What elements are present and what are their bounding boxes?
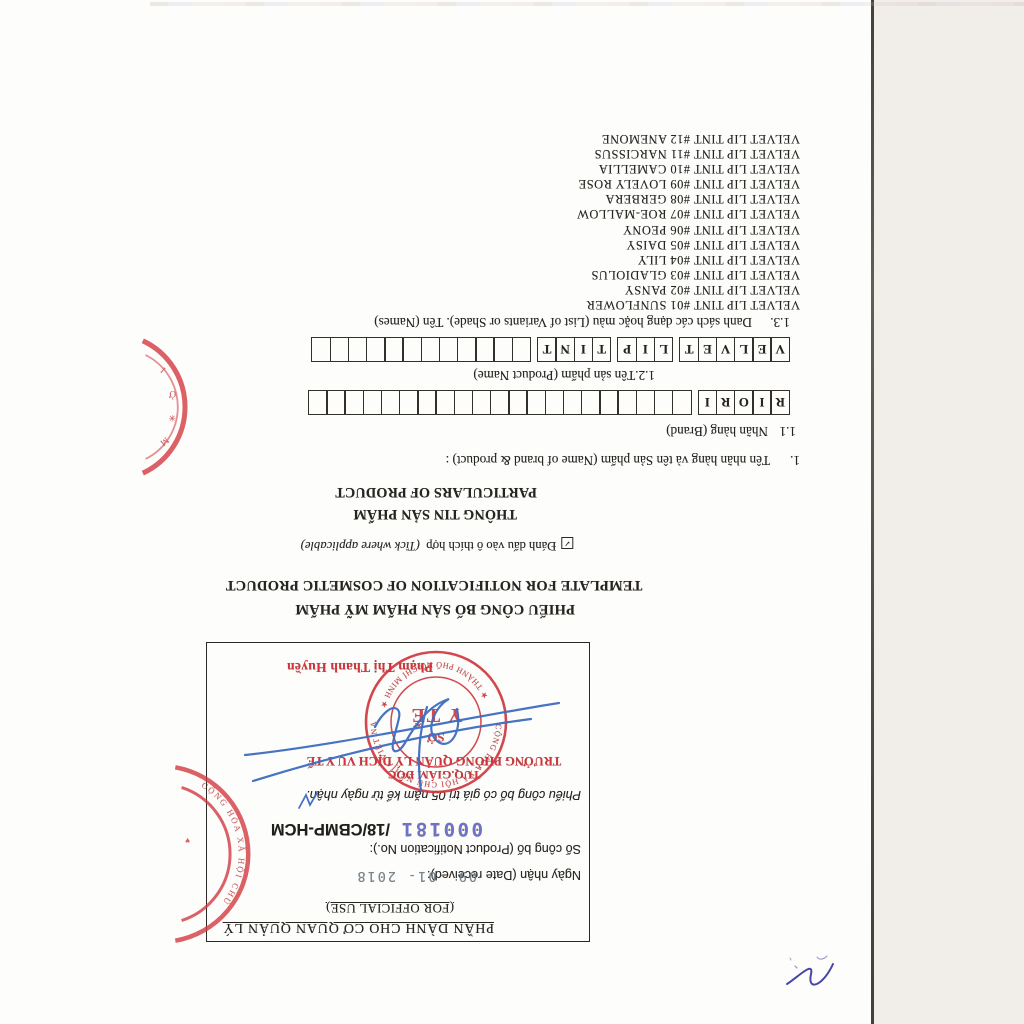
variant-line: VELVET LIP TINT #11 NARCISSUS bbox=[577, 146, 800, 161]
variant-line: VELVET LIP TINT #06 PEONY bbox=[577, 221, 800, 236]
grid-cell-empty bbox=[384, 337, 404, 362]
svg-text:Ở: Ở bbox=[169, 389, 176, 399]
grid-cell-empty bbox=[330, 337, 350, 362]
empty-cell-group bbox=[311, 337, 531, 362]
item-1-1-text: Nhãn hàng (Brand) bbox=[666, 424, 768, 439]
item-1-text: Tên nhãn hàng và tên Sản phẩm (Name of b… bbox=[446, 453, 770, 468]
grid-cell-empty bbox=[599, 390, 619, 415]
grid-cell-empty bbox=[545, 390, 565, 415]
item-1-3-text: Danh sách các dạng hoặc màu (List of Var… bbox=[374, 315, 752, 330]
grid-cell: I bbox=[752, 390, 772, 415]
form-title-vi: PHIẾU CÔNG BỐ SẢN PHẨM MỸ PHẨM bbox=[295, 600, 575, 617]
section-title-vi: THÔNG TIN SẢN PHẨM bbox=[353, 505, 517, 522]
grid-cell-empty bbox=[672, 390, 692, 415]
grid-cell: T bbox=[592, 337, 612, 362]
grid-cell-empty bbox=[421, 337, 441, 362]
variant-line: VELVET LIP TINT #09 LOVELY ROSE bbox=[577, 176, 800, 191]
grid-cell-empty bbox=[366, 337, 386, 362]
grid-cell: I bbox=[574, 337, 594, 362]
official-use-box: PHẦN DÀNH CHO CƠ QUAN QUẢN LÝ (FOR OFFIC… bbox=[206, 642, 590, 942]
item-1-1: 1.1Nhãn hàng (Brand) bbox=[666, 423, 796, 439]
variant-line: VELVET LIP TINT #12 ANEMONE bbox=[577, 131, 800, 146]
item-1-1-number: 1.1 bbox=[768, 423, 796, 439]
variant-line: VELVET LIP TINT #05 DAISY bbox=[577, 237, 800, 252]
letter-cell-group: VELVET bbox=[679, 337, 790, 362]
checked-checkbox-icon: ✓ bbox=[561, 537, 573, 549]
grid-cell-empty bbox=[512, 337, 532, 362]
letter-cell-group: LIP bbox=[617, 337, 673, 362]
grid-cell: L bbox=[734, 337, 754, 362]
variant-line: VELVET LIP TINT #10 CAMELLIA bbox=[577, 161, 800, 176]
signer-name: Phạm Thị Thanh Huyền bbox=[287, 659, 433, 675]
variant-line: VELVET LIP TINT #07 ROE-MALLOW bbox=[577, 206, 800, 221]
grid-cell: I bbox=[636, 337, 656, 362]
grid-cell: E bbox=[752, 337, 772, 362]
grid-cell-empty bbox=[457, 337, 477, 362]
grid-cell: R bbox=[770, 390, 790, 415]
grid-cell-empty bbox=[308, 390, 328, 415]
grid-cell-empty bbox=[435, 390, 455, 415]
tick-note-vi: Đánh dấu vào ô thích hợp bbox=[426, 539, 556, 553]
grid-cell-empty bbox=[490, 390, 510, 415]
grid-cell-empty bbox=[581, 390, 601, 415]
grid-cell: T bbox=[537, 337, 557, 362]
section-title-en: PARTICULARS OF PRODUCT bbox=[335, 483, 537, 500]
item-1-number: 1. bbox=[770, 452, 800, 468]
grid-cell-empty bbox=[344, 390, 364, 415]
item-1: 1.Tên nhãn hàng và tên Sản phẩm (Name of… bbox=[446, 452, 800, 468]
grid-cell-empty bbox=[311, 337, 331, 362]
signature bbox=[207, 643, 589, 941]
grid-cell-empty bbox=[348, 337, 368, 362]
variant-line: VELVET LIP TINT #01 SUNFLOWER bbox=[577, 297, 800, 312]
grid-cell: O bbox=[734, 390, 754, 415]
grid-cell-empty bbox=[381, 390, 401, 415]
grid-cell: V bbox=[716, 337, 736, 362]
grid-cell-empty bbox=[617, 390, 637, 415]
variant-line: VELVET LIP TINT #03 GLADIOLUS bbox=[577, 267, 800, 282]
grid-cell: T bbox=[679, 337, 699, 362]
variant-list: VELVET LIP TINT #01 SUNFLOWERVELVET LIP … bbox=[577, 131, 800, 312]
grid-cell: R bbox=[716, 390, 736, 415]
grid-cell-empty bbox=[493, 337, 513, 362]
grid-cell-empty bbox=[326, 390, 346, 415]
variant-line: VELVET LIP TINT #02 PANSY bbox=[577, 282, 800, 297]
heart-glyph-icon: ♥ bbox=[185, 836, 190, 845]
svg-text:✳: ✳ bbox=[168, 413, 176, 423]
grid-cell-empty bbox=[402, 337, 422, 362]
scan-edge-noise bbox=[150, 2, 1024, 6]
grid-cell: N bbox=[555, 337, 575, 362]
grid-cell-empty bbox=[363, 390, 383, 415]
variant-line: VELVET LIP TINT #08 GERBERA bbox=[577, 191, 800, 206]
item-1-3-number: 1.3. bbox=[752, 314, 790, 330]
grid-cell-empty bbox=[439, 337, 459, 362]
item-1-3: 1.3.Danh sách các dạng hoặc màu (List of… bbox=[374, 314, 790, 330]
variant-line: VELVET LIP TINT #04 LILY bbox=[577, 252, 800, 267]
grid-cell: E bbox=[698, 337, 718, 362]
scanner-background bbox=[874, 0, 1024, 1024]
letter-cell-group: TINT bbox=[537, 337, 611, 362]
grid-cell-empty bbox=[399, 390, 419, 415]
grid-cell-empty bbox=[475, 337, 495, 362]
grid-cell-empty bbox=[508, 390, 528, 415]
page-edge-scan-line bbox=[871, 0, 874, 1024]
grid-cell-empty bbox=[454, 390, 474, 415]
partial-stamp-middle: M ✳ Ở I bbox=[34, 319, 204, 489]
partial-stamp-top: CỘNG HÒA XÃ HỘI CHỦ ♥ bbox=[54, 754, 254, 954]
grid-cell-empty bbox=[563, 390, 583, 415]
grid-cell: I bbox=[698, 390, 718, 415]
brand-letter-grid: RIORI bbox=[308, 390, 790, 415]
pen-squiggle bbox=[777, 942, 841, 1006]
grid-cell-empty bbox=[472, 390, 492, 415]
form-title-en: TEMPLATE FOR NOTIFICATION OF COSMETIC PR… bbox=[226, 576, 643, 593]
grid-cell: V bbox=[770, 337, 790, 362]
item-1-2: 1.2.Tên sản phẩm (Product Name) bbox=[473, 367, 655, 383]
partial-stamp-glyphs: M ✳ Ở I bbox=[159, 366, 176, 449]
tick-note-en: (Tick where applicable) bbox=[301, 539, 420, 553]
product-name-letter-grid: VELVETLIPTINT bbox=[311, 337, 790, 362]
grid-cell-empty bbox=[654, 390, 674, 415]
grid-cell-empty bbox=[636, 390, 656, 415]
scanned-document-page: PHẦN DÀNH CHO CƠ QUAN QUẢN LÝ (FOR OFFIC… bbox=[0, 0, 1024, 1024]
grid-cell: L bbox=[654, 337, 674, 362]
grid-cell: P bbox=[617, 337, 637, 362]
grid-cell-empty bbox=[526, 390, 546, 415]
empty-cell-group bbox=[308, 390, 692, 415]
grid-cell-empty bbox=[417, 390, 437, 415]
tick-note: ✓Đánh dấu vào ô thích hợp (Tick where ap… bbox=[301, 537, 574, 553]
letter-cell-group: RIORI bbox=[698, 390, 790, 415]
